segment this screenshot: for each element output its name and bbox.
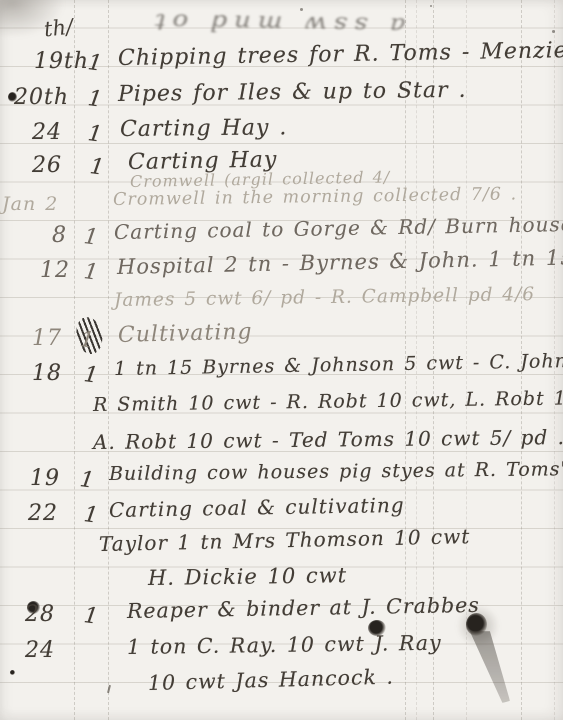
- row-text: R Smith 10 cwt - R. Robt 10 cwt, L. Robt…: [93, 387, 563, 416]
- row-text: A. Robt 10 cwt - Ted Toms 10 cwt 5/ pd .: [93, 425, 563, 454]
- row-text: Carting Hay .: [120, 115, 288, 142]
- row-qty: 1: [86, 50, 104, 77]
- row-qty: 1: [86, 121, 104, 148]
- row-date: 28: [25, 602, 55, 627]
- row-text: James 5 cwt 6/ pd - R. Campbell pd 4/6: [114, 284, 535, 311]
- row-date: 17: [32, 326, 62, 351]
- row-qty: 1: [82, 259, 100, 286]
- row-date: 12: [40, 258, 70, 283]
- speck: [552, 30, 555, 33]
- row-text: Taylor 1 tn Mrs Thomson 10 cwt: [99, 524, 471, 556]
- row-date: 24: [25, 638, 55, 663]
- row-text: Reaper & binder at J. Crabbes: [127, 593, 480, 623]
- row-date: 8: [52, 223, 67, 248]
- ink-streak: [468, 631, 510, 703]
- margin-note: th/: [43, 15, 74, 42]
- row-qty: 1: [86, 86, 104, 113]
- row-text: Hospital 2 tn - Byrnes & John. 1 tn 15: [117, 245, 563, 279]
- row-qty: 1: [82, 224, 100, 251]
- row-text: Cromwell in the morning collected 7/6 .: [113, 184, 517, 210]
- row-date: 19th: [34, 49, 89, 74]
- ruled-line-vertical: [108, 0, 109, 720]
- row-text: Cultivating: [118, 319, 253, 348]
- row-text: 1 tn 15 Byrnes & Johnson 5 cwt - C. John…: [114, 349, 563, 380]
- row-text: Building cow houses pig styes at R. Toms…: [109, 458, 563, 485]
- row-date: 22: [28, 501, 58, 526]
- pen-tick: [107, 685, 111, 693]
- row-date: Jan 2: [2, 193, 58, 215]
- row-date: 19: [30, 466, 60, 491]
- row-qty: 1: [82, 603, 100, 630]
- row-date: 24: [32, 120, 62, 145]
- row-date: 20th: [14, 85, 69, 110]
- row-text: Carting coal & cultivating: [109, 493, 405, 522]
- row-qty: 1: [88, 154, 106, 181]
- speck: [430, 5, 432, 7]
- row-date: 18: [32, 361, 62, 386]
- row-text: Carting coal to Gorge & Rd/ Burn househo…: [114, 211, 563, 244]
- row-text: Pipes for Iles & up to Star .: [118, 78, 467, 107]
- row-text: 10 cwt Jas Hancock .: [148, 665, 394, 695]
- row-qty: 1: [82, 502, 100, 529]
- ruled-line-vertical: [74, 0, 75, 720]
- row-text: 1 ton C. Ray. 10 cwt J. Ray: [127, 631, 442, 659]
- ink-dot: [10, 670, 15, 675]
- row-qty: 1: [78, 467, 96, 494]
- row-qty: 1: [82, 362, 100, 389]
- row-date: 26: [32, 153, 62, 178]
- ledger-page: a ssw mnd ot th/ 19th1Chipping trees for…: [0, 0, 563, 720]
- row-text: Chipping trees for R. Toms - Menzies/: [118, 38, 563, 71]
- ink-transfer-smudge: a ssw mnd ot: [148, 8, 406, 38]
- row-text: H. Dickie 10 cwt: [148, 563, 347, 590]
